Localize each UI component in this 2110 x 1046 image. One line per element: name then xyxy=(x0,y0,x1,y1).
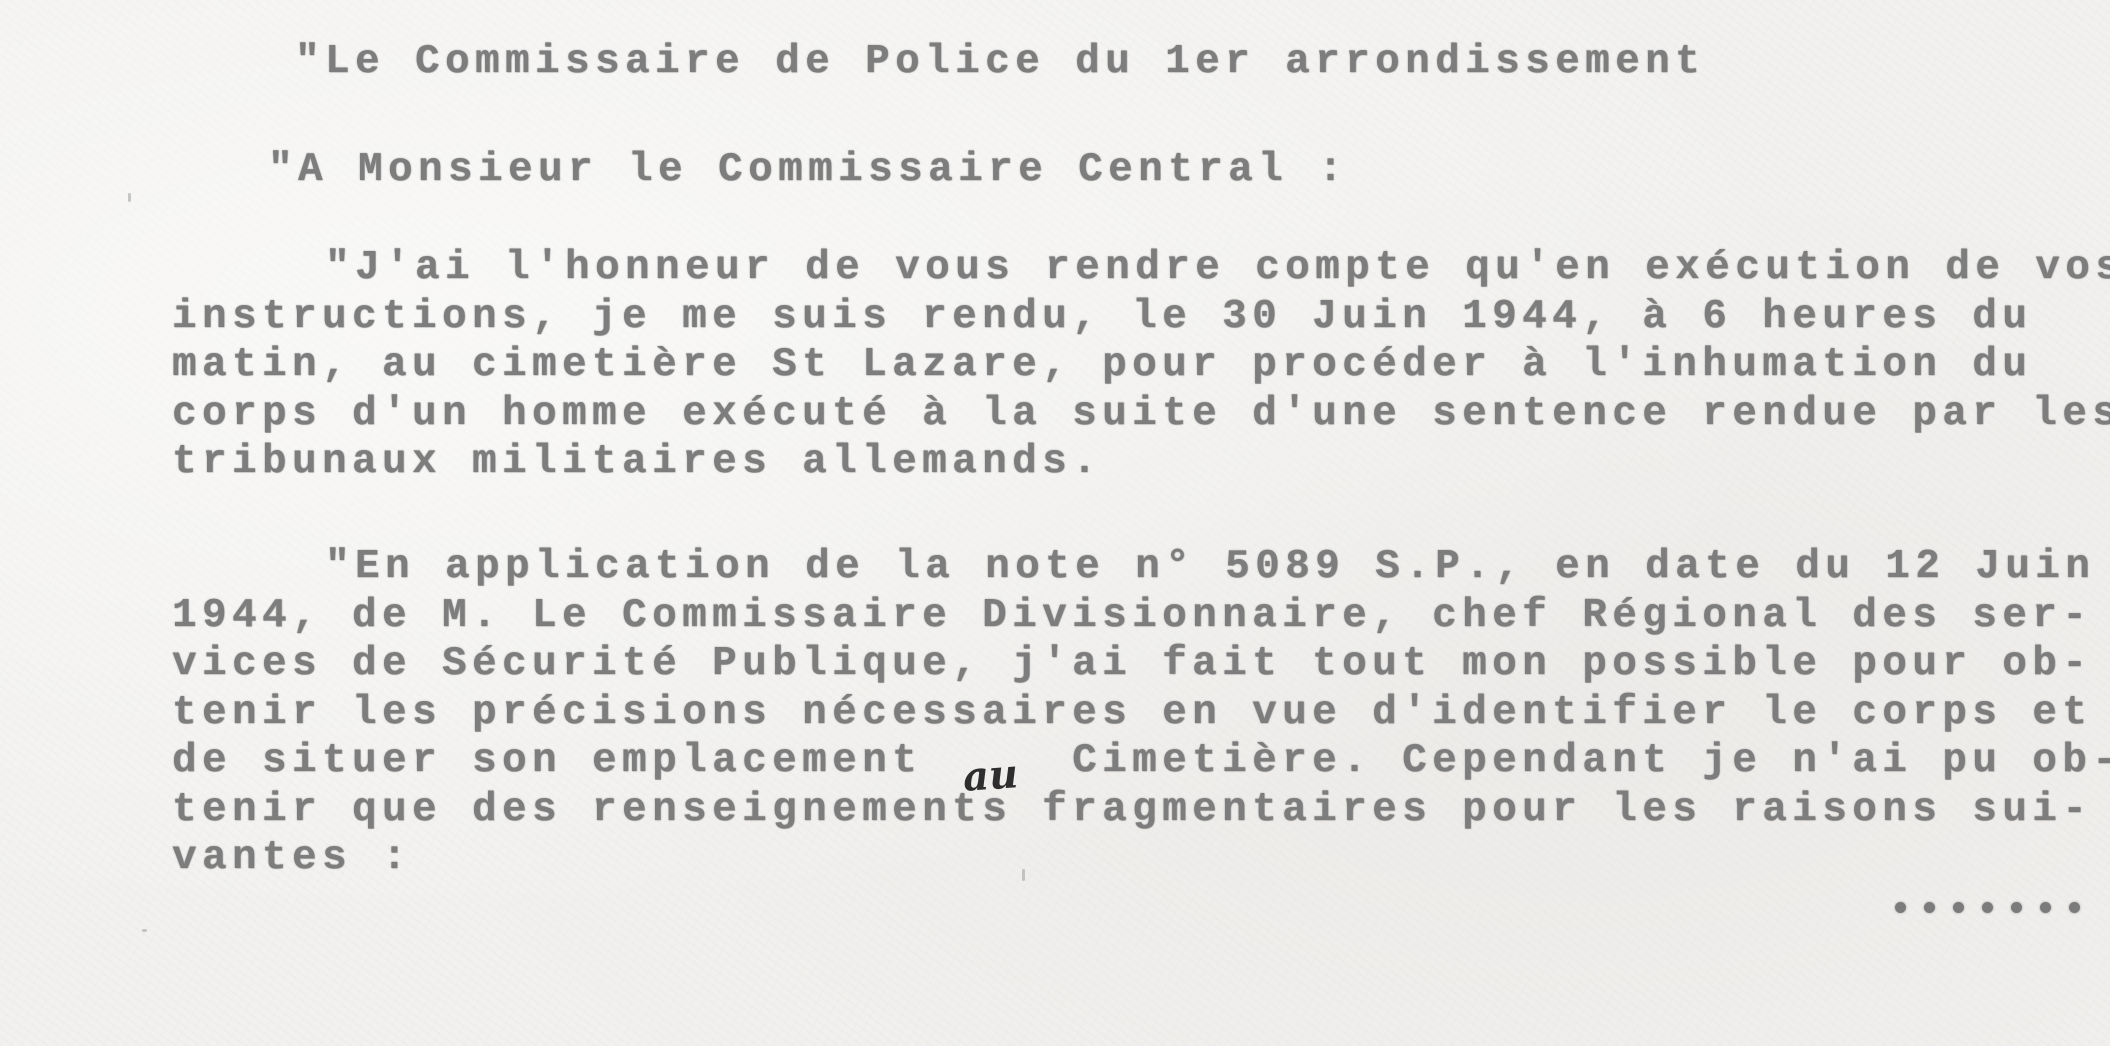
header-sender: "Le Commissaire de Police du 1er arrondi… xyxy=(295,42,1705,83)
dot xyxy=(2011,902,2022,913)
paragraph-line: tenir que des renseignements fragmentair… xyxy=(172,790,2110,839)
header-recipient: "A Monsieur le Commissaire Central : xyxy=(268,150,1348,191)
paragraph-2: "En application de la note n° 5089 S.P.,… xyxy=(172,547,2110,887)
continuation-dots xyxy=(1895,902,2080,913)
paragraph-line: tribunaux militaires allemands. xyxy=(172,442,2110,491)
dot xyxy=(1953,902,1964,913)
paragraph-line: "En application de la note n° 5089 S.P.,… xyxy=(172,547,2110,596)
dot xyxy=(1924,902,1935,913)
paper-speck xyxy=(128,193,131,202)
dot xyxy=(2040,902,2051,913)
paragraph-line: tenir les précisions nécessaires en vue … xyxy=(172,693,2110,742)
dot xyxy=(1982,902,1993,913)
dot xyxy=(2069,902,2080,913)
typewritten-page: "Le Commissaire de Police du 1er arrondi… xyxy=(0,0,2110,1046)
paper-speck xyxy=(142,929,147,932)
paragraph-line: instructions, je me suis rendu, le 30 Ju… xyxy=(172,297,2110,346)
paragraph-line: corps d'un homme exécuté à la suite d'un… xyxy=(172,394,2110,443)
handwritten-annotation: au xyxy=(961,750,1019,801)
paragraph-line: vantes : xyxy=(172,838,2110,887)
paragraph-line: 1944, de M. Le Commissaire Divisionnaire… xyxy=(172,596,2110,645)
dot xyxy=(1895,902,1906,913)
paragraph-line: vices de Sécurité Publique, j'ai fait to… xyxy=(172,644,2110,693)
paragraph-1: "J'ai l'honneur de vous rendre compte qu… xyxy=(172,248,2110,491)
paper-speck xyxy=(1022,869,1025,881)
paragraph-line: de situer son emplacement Cimetière. Cep… xyxy=(172,741,2110,790)
paragraph-line: matin, au cimetière St Lazare, pour proc… xyxy=(172,345,2110,394)
paragraph-line: "J'ai l'honneur de vous rendre compte qu… xyxy=(172,248,2110,297)
